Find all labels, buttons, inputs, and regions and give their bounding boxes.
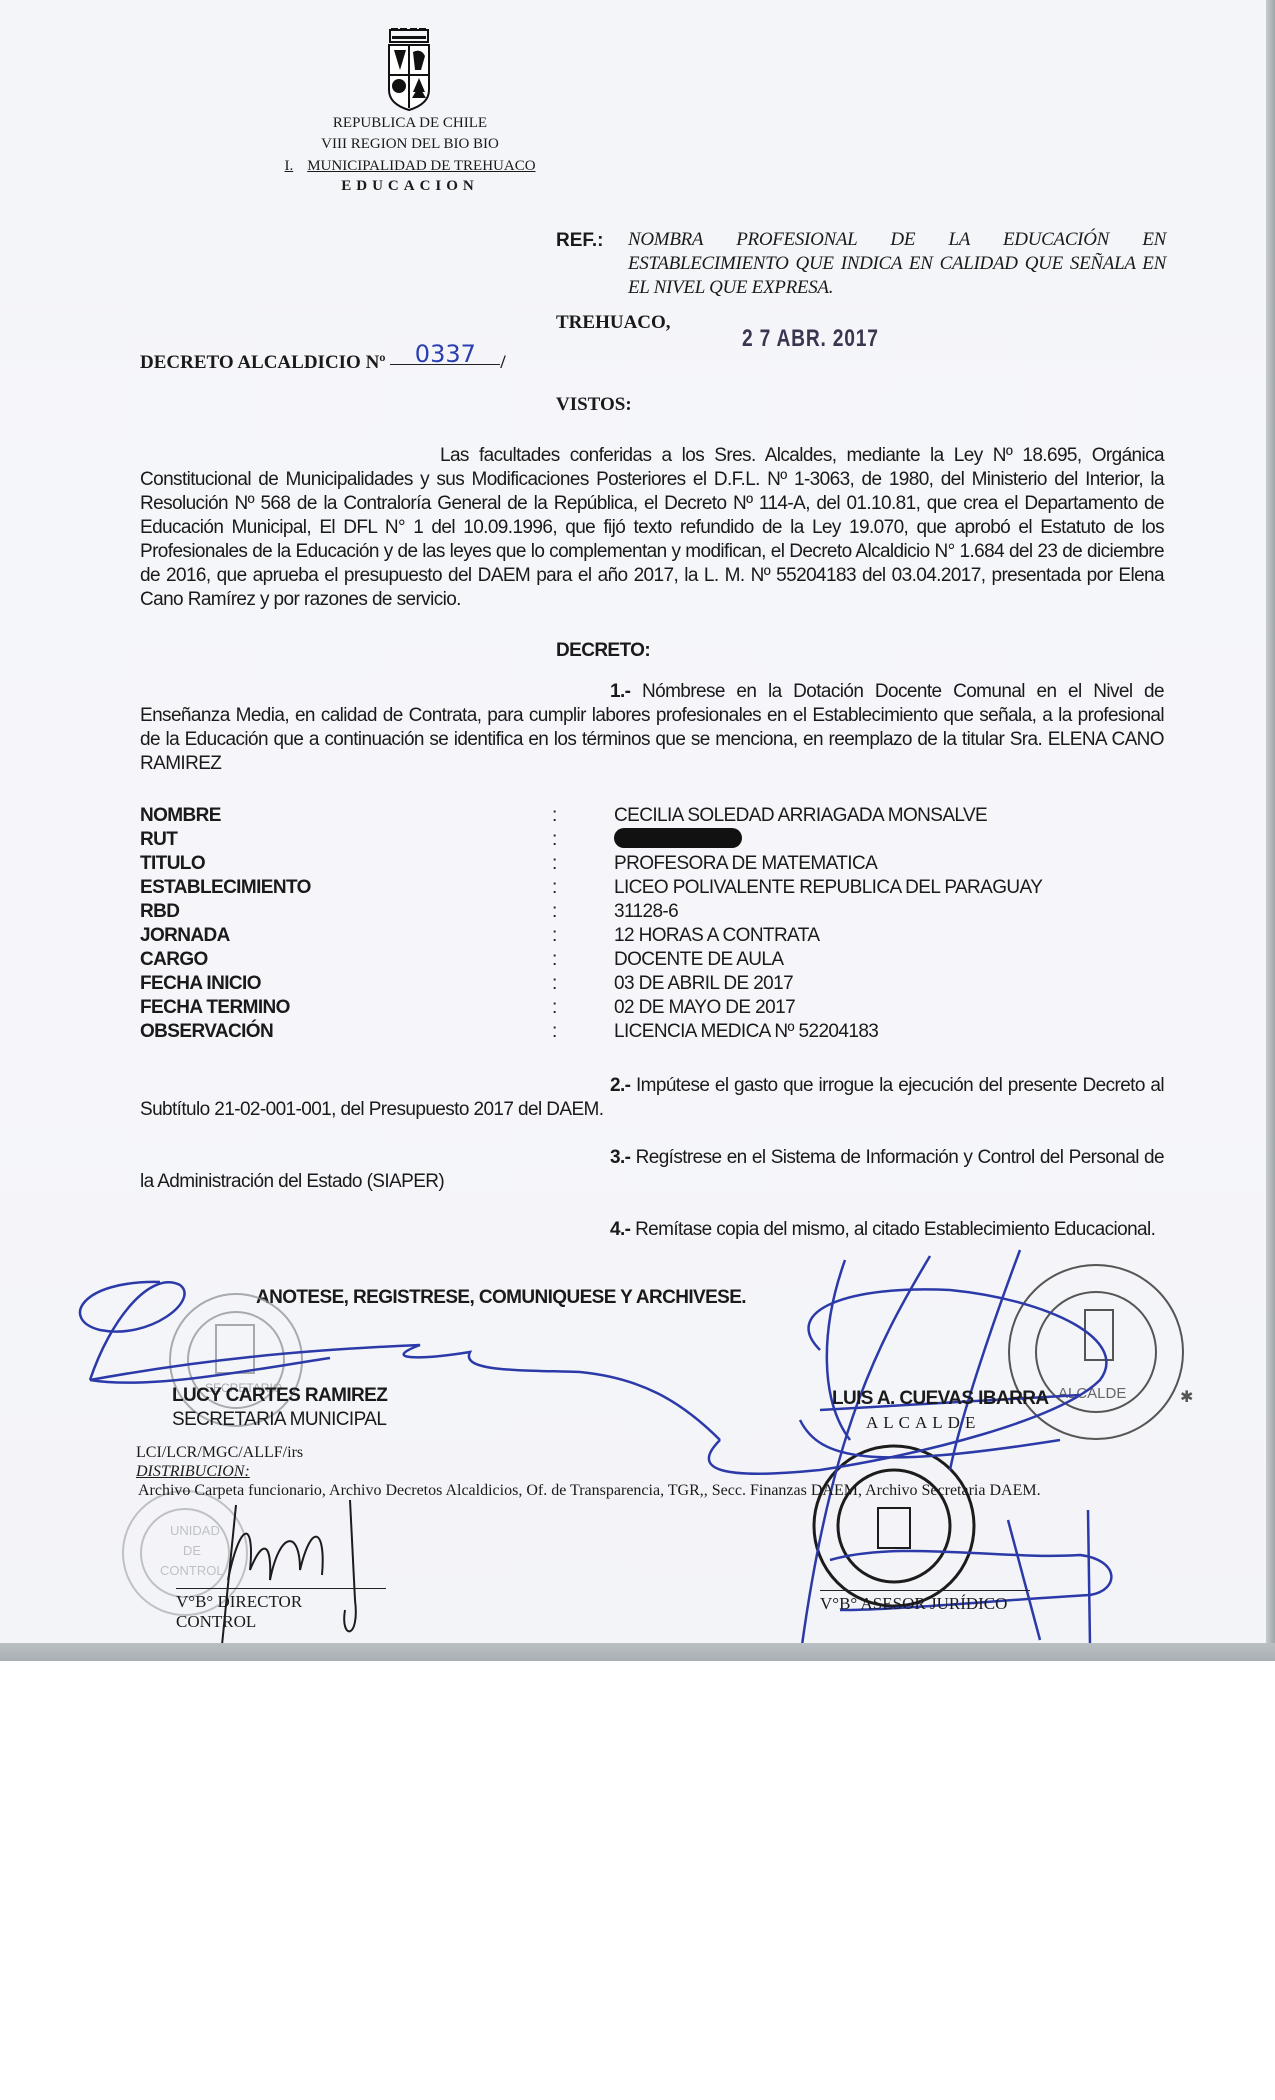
header-republica: REPUBLICA DE CHILE [0,115,820,132]
field-row: NOMBRE:CECILIA SOLEDAD ARRIAGADA MONSALV… [140,804,1040,828]
field-colon: : [552,972,557,996]
field-colon: : [552,924,557,948]
field-label: CARGO [140,948,208,972]
distribution-list: Archivo Carpeta funcionario, Archivo Dec… [138,1482,1041,1500]
juridico-stamp-icon [814,1446,974,1606]
closing-formula: ANOTESE, REGISTRESE, COMUNIQUESE Y ARCHI… [256,1287,746,1309]
field-label: RUT [140,828,177,852]
redaction-bar [614,828,742,848]
scanner-edge-bottom [0,1643,1275,1661]
svg-text:CONTROL: CONTROL [160,1563,224,1578]
article-4-number: 4.- [610,1219,630,1240]
field-row: FECHA TERMINO:02 DE MAYO DE 2017 [140,996,1040,1020]
approval-director-control: V°B° DIRECTOR CONTROL [176,1588,386,1632]
svg-text:UNIDAD: UNIDAD [170,1523,220,1538]
field-row: FECHA INICIO:03 DE ABRIL DE 2017 [140,972,1040,996]
alcalde-name: LUIS A. CUEVAS IBARRA [832,1388,1048,1410]
ref-label: REF.: [556,230,604,252]
alcalde-title: ALCALDE [866,1413,980,1433]
article-3: 3.- Regístrese en el Sistema de Informac… [140,1146,1164,1194]
field-row: OBSERVACIÓN:LICENCIA MEDICA Nº 52204183 [140,1020,1040,1044]
header-department: EDUCACION [0,178,820,195]
header-prefix: I. [284,158,293,174]
vistos-text: Las facultades conferidas a los Sres. Al… [140,445,1164,610]
field-value: LICEO POLIVALENTE REPUBLICA DEL PARAGUAY [614,876,1042,900]
field-value: 31128-6 [614,900,678,924]
ref-text: NOMBRA PROFESIONAL DE LA EDUCACIÓN EN ES… [628,228,1166,300]
article-1-number: 1.- [610,681,630,702]
field-value: 12 HORAS A CONTRATA [614,924,819,948]
field-label: FECHA INICIO [140,972,261,996]
header-municipalidad-name: MUNICIPALIDAD DE TREHUACO [307,158,535,174]
appointment-details: NOMBRE:CECILIA SOLEDAD ARRIAGADA MONSALV… [140,804,1040,1044]
field-colon: : [552,804,557,828]
field-label: TITULO [140,852,205,876]
vistos-heading: VISTOS: [556,394,632,416]
reference-initials: LCI/LCR/MGC/ALLF/irs [136,1444,303,1462]
article-4: 4.- Remítase copia del mismo, al citado … [140,1218,1164,1242]
field-colon: : [552,876,557,900]
field-value: LICENCIA MEDICA Nº 52204183 [614,1020,878,1044]
article-2: 2.- Impútese el gasto que irrogue la eje… [140,1074,1164,1122]
redacted-value [614,828,742,852]
field-colon: : [552,996,557,1020]
coat-of-arms-icon [384,28,434,112]
field-row: JORNADA:12 HORAS A CONTRATA [140,924,1040,948]
field-row: RBD:31128-6 [140,900,1040,924]
field-value: 02 DE MAYO DE 2017 [614,996,795,1020]
field-colon: : [552,900,557,924]
article-3-text: Regístrese en el Sistema de Información … [140,1147,1164,1192]
article-1-text: Nómbrese en la Dotación Docente Comunal … [140,681,1164,774]
field-row: CARGO:DOCENTE DE AULA [140,948,1040,972]
field-label: RBD [140,900,179,924]
field-value: CECILIA SOLEDAD ARRIAGADA MONSALVE [614,804,987,828]
field-value: PROFESORA DE MATEMATICA [614,852,877,876]
alcalde-stamp-icon: ALCALDE ✱ [1009,1265,1193,1439]
approval-asesor-juridico: V°B° ASESOR JURÍDICO [820,1590,1030,1614]
scanned-page: REPUBLICA DE CHILE VIII REGION DEL BIO B… [0,0,1268,1645]
svg-text:ALCALDE: ALCALDE [1058,1385,1126,1402]
header-region: VIII REGION DEL BIO BIO [0,136,820,153]
decreto-heading: DECRETO: [556,640,650,662]
field-label: FECHA TERMINO [140,996,290,1020]
field-label: OBSERVACIÓN [140,1020,273,1044]
header-municipalidad: I.MUNICIPALIDAD DE TREHUACO [0,158,820,175]
field-label: NOMBRE [140,804,221,828]
field-colon: : [552,948,557,972]
article-4-text: Remítase copia del mismo, al citado Esta… [635,1219,1155,1240]
distribution-heading: DISTRIBUCION: [136,1463,250,1481]
svg-text:DE: DE [183,1543,201,1558]
article-1: 1.- Nómbrese en la Dotación Docente Comu… [140,680,1164,776]
decree-number-line: DECRETO ALCALDICIO Nº 0337/ [140,350,506,374]
field-row: ESTABLECIMIENTO:LICEO POLIVALENTE REPUBL… [140,876,1040,900]
decree-number: 0337 [390,344,500,365]
place-heading: TREHUACO, [556,312,671,334]
scanner-edge-right [1266,0,1275,1661]
field-label: ESTABLECIMIENTO [140,876,311,900]
field-row: RUT: [140,828,1040,852]
article-3-number: 3.- [610,1147,630,1168]
decree-number-suffix: / [500,352,505,373]
field-value: 03 DE ABRIL DE 2017 [614,972,793,996]
svg-text:✱: ✱ [1180,1389,1193,1406]
date-stamp: 2 7 ABR. 2017 [742,325,879,353]
field-colon: : [552,828,557,852]
article-2-number: 2.- [610,1075,630,1096]
field-colon: : [552,852,557,876]
secretaria-title: SECRETARIA MUNICIPAL [172,1409,386,1431]
field-row: TITULO:PROFESORA DE MATEMATICA [140,852,1040,876]
vistos-body: Las facultades conferidas a los Sres. Al… [140,444,1164,612]
field-colon: : [552,1020,557,1044]
secretaria-name: LUCY CARTES RAMIREZ [172,1385,387,1407]
article-2-text: Impútese el gasto que irrogue la ejecuci… [140,1075,1164,1120]
decree-number-label: DECRETO ALCALDICIO Nº [140,352,386,373]
field-label: JORNADA [140,924,230,948]
field-value: DOCENTE DE AULA [614,948,783,972]
